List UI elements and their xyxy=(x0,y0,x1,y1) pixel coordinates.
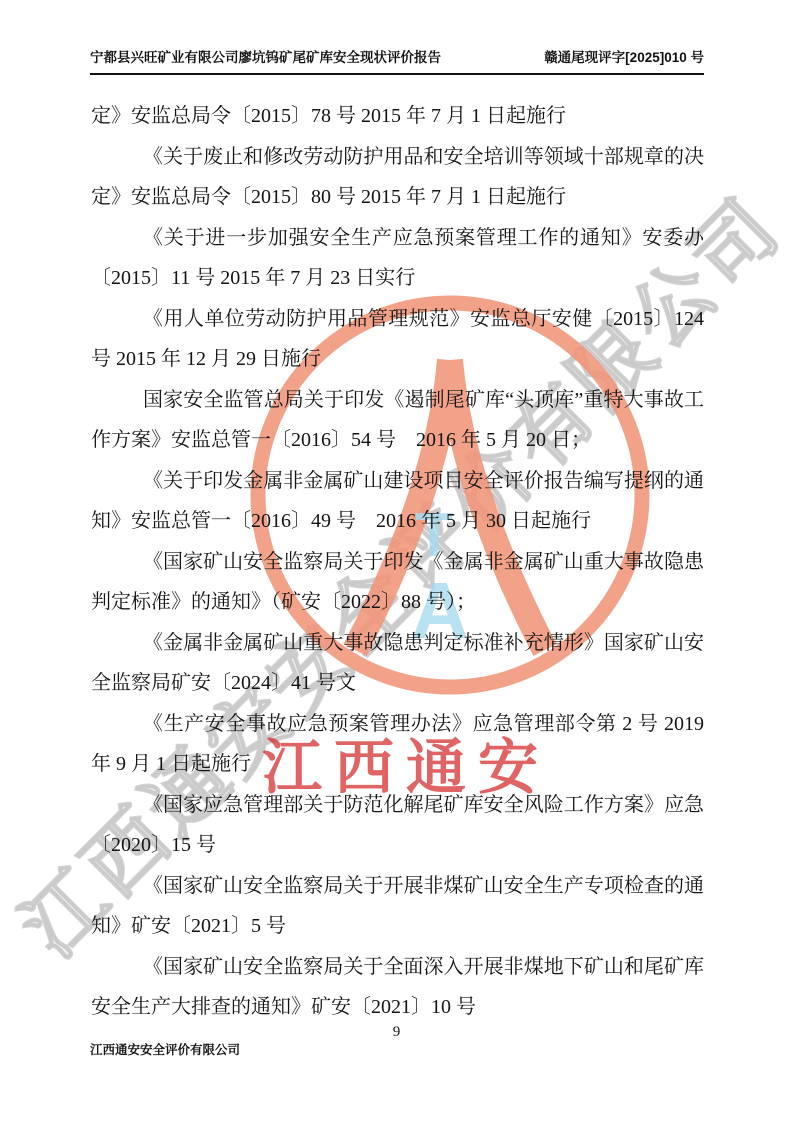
body-paragraph: 《关于进一步加强安全生产应急预案管理工作的通知》安委办〔2015〕11 号 20… xyxy=(91,218,704,299)
page-footer: 江西通安安全评价有限公司 xyxy=(90,1040,240,1058)
red-company-watermark: 江西通安 xyxy=(262,720,550,806)
body-text: 定》安监总局令〔2015〕78 号 2015 年 7 月 1 日起施行《关于废止… xyxy=(91,96,704,1028)
body-paragraph: 《国家矿山安全监察局关于全面深入开展非煤地下矿山和尾矿库安全生产大排查的通知》矿… xyxy=(91,947,704,1028)
document-page: 江西通安安全评价有限公司 T A 宁都县兴旺矿业有限公司廖坑钨矿尾矿库安全现状评… xyxy=(0,0,793,1122)
header-doc-number: 赣通尾现评字[2025]010 号 xyxy=(544,46,704,66)
body-paragraph: 《关于印发金属非金属矿山建设项目安全评价报告编写提纲的通知》安监总管一〔2016… xyxy=(91,461,704,542)
body-paragraph: 《关于废止和修改劳动防护用品和安全培训等领域十部规章的决定》安监总局令〔2015… xyxy=(91,137,704,218)
footer-company-name: 江西通安安全评价有限公司 xyxy=(90,1043,240,1057)
header-report-title: 宁都县兴旺矿业有限公司廖坑钨矿尾矿库安全现状评价报告 xyxy=(90,46,441,66)
body-paragraph: 《国家矿山安全监察局关于印发《金属非金属矿山重大事故隐患判定标准》的通知》（矿安… xyxy=(91,542,704,623)
body-paragraph: 《国家矿山安全监察局关于开展非煤矿山安全生产专项检查的通知》矿安〔2021〕5 … xyxy=(91,866,704,947)
body-paragraph: 定》安监总局令〔2015〕78 号 2015 年 7 月 1 日起施行 xyxy=(91,96,704,137)
body-paragraph: 《金属非金属矿山重大事故隐患判定标准补充情形》国家矿山安全监察局矿安〔2024〕… xyxy=(91,623,704,704)
page-number: 9 xyxy=(0,1024,793,1041)
body-paragraph: 国家安全监管总局关于印发《遏制尾矿库“头顶库”重特大事故工作方案》安监总管一〔2… xyxy=(91,380,704,461)
body-paragraph: 《用人单位劳动防护用品管理规范》安监总厅安健〔2015〕124 号 2015 年… xyxy=(91,299,704,380)
page-header: 宁都县兴旺矿业有限公司廖坑钨矿尾矿库安全现状评价报告 赣通尾现评字[2025]0… xyxy=(90,46,704,75)
